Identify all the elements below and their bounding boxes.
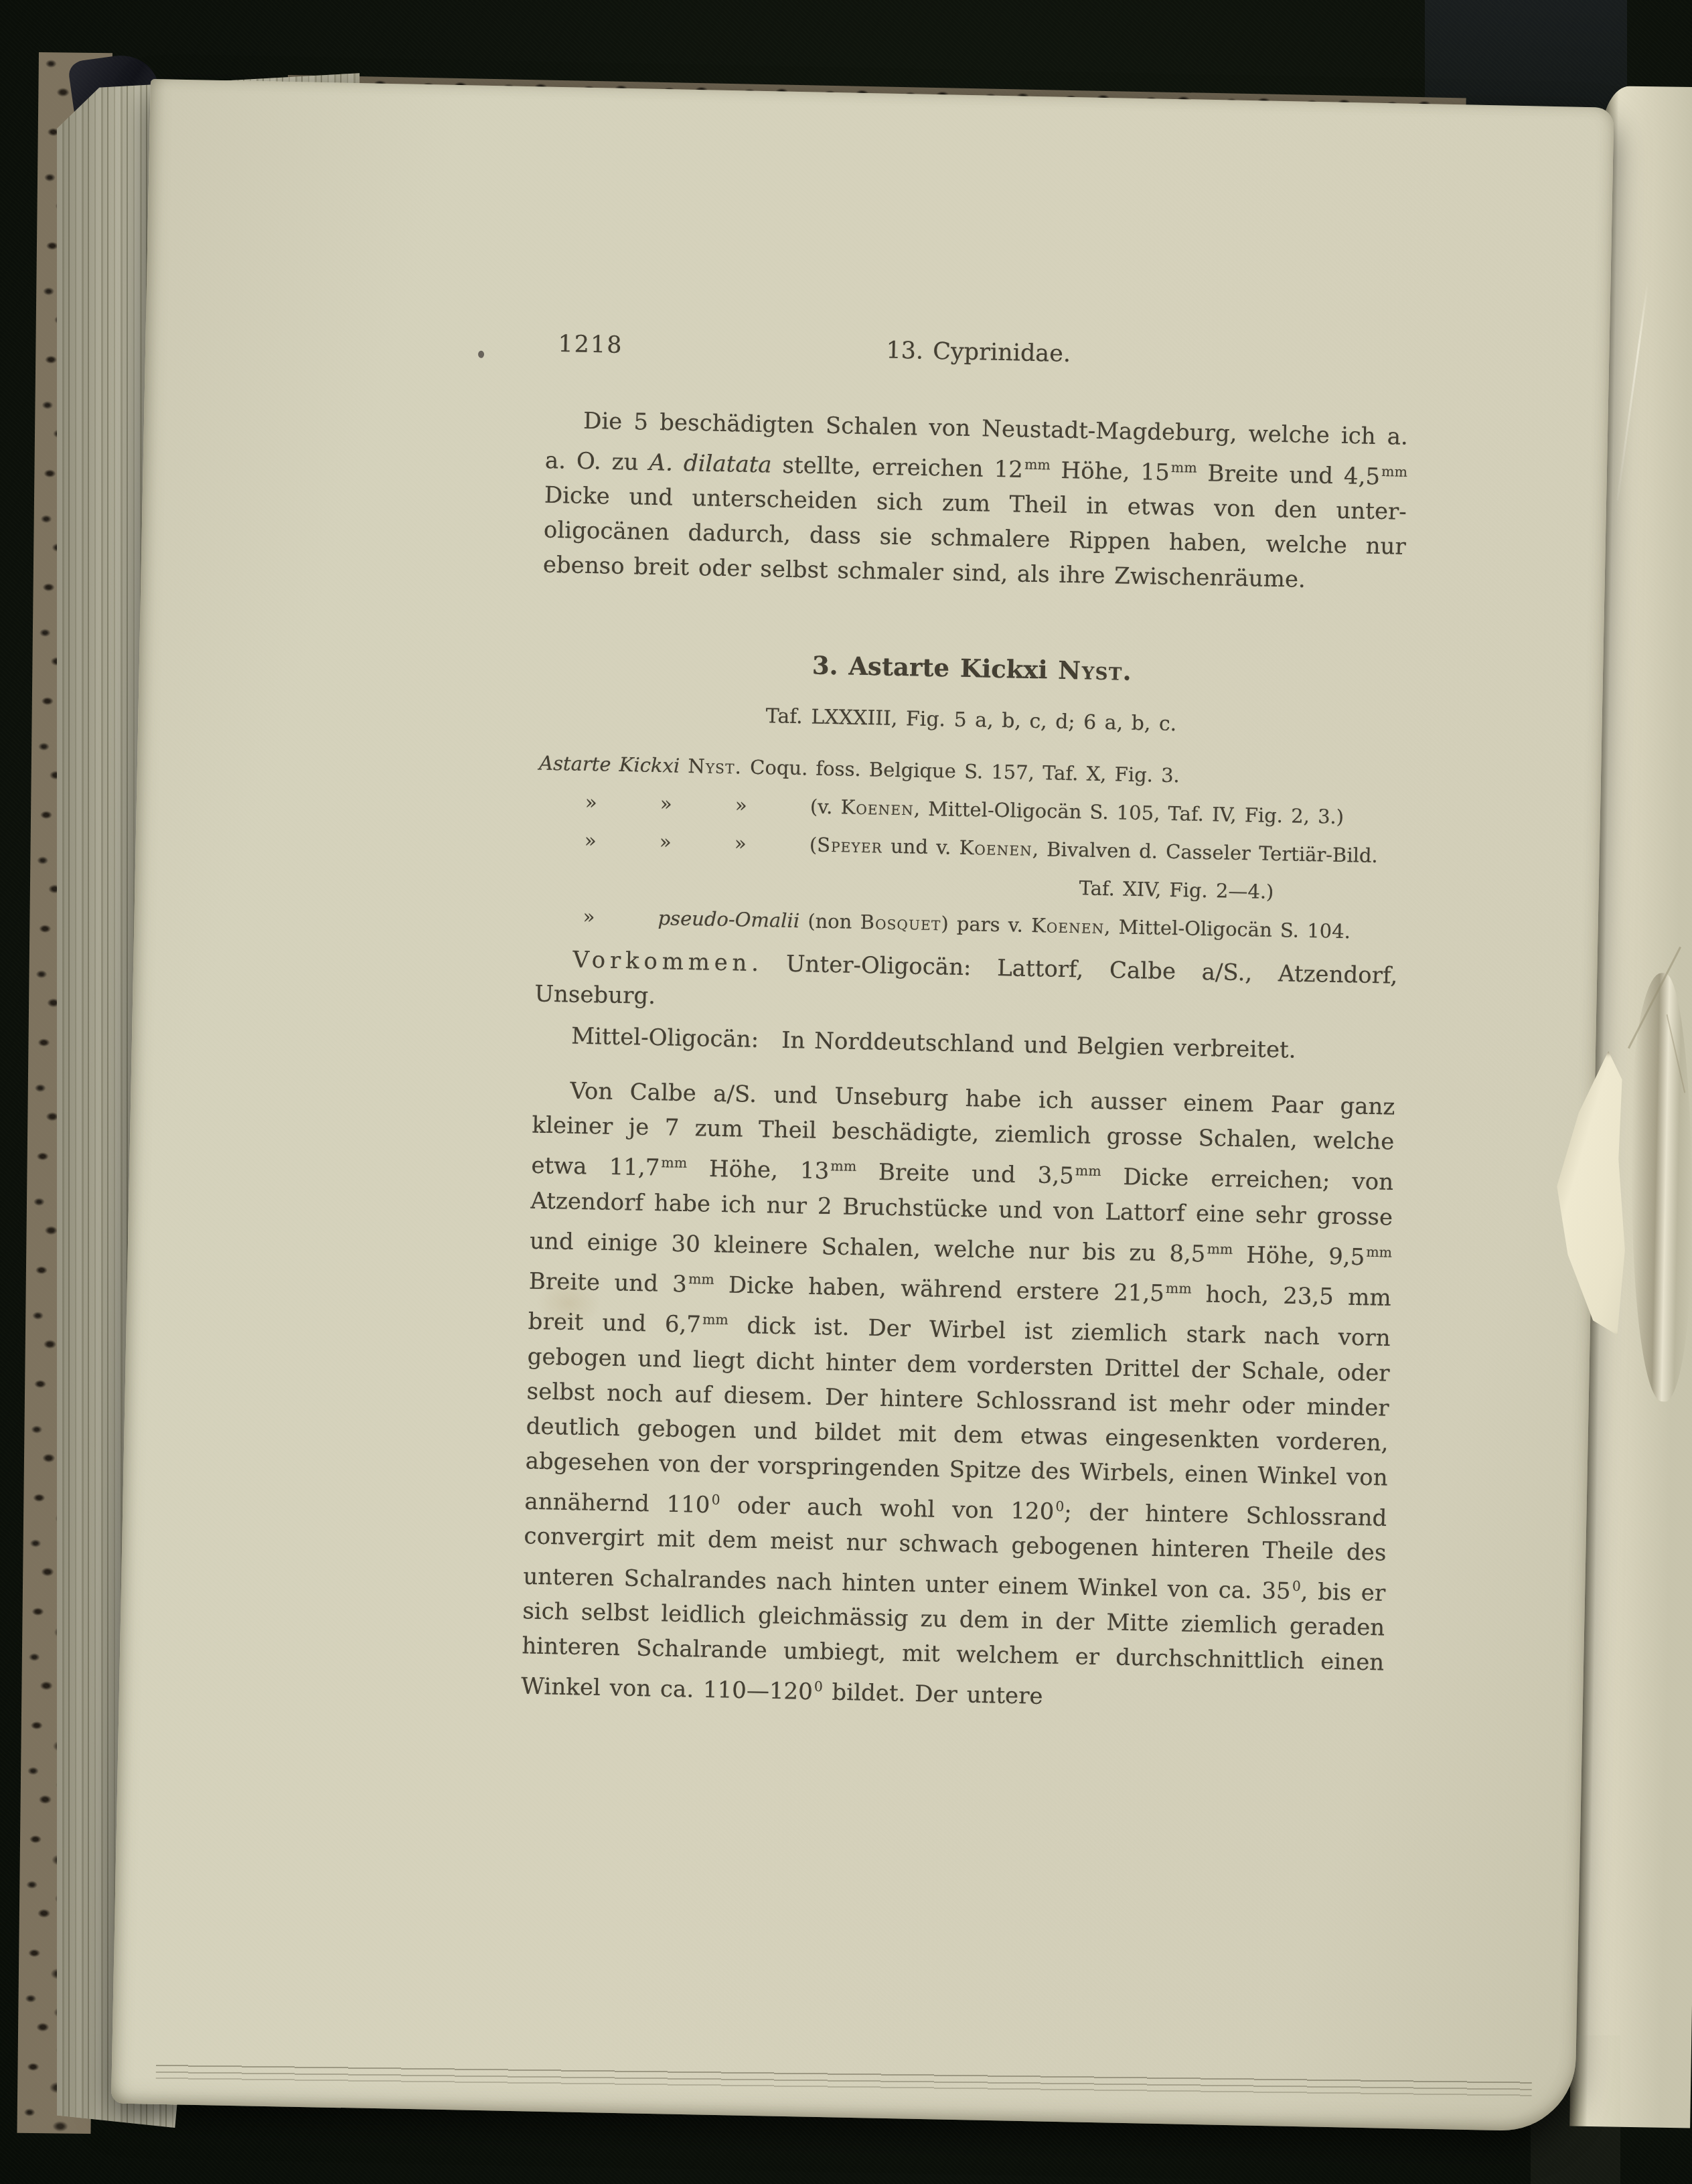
ink-speck bbox=[478, 351, 484, 358]
occurrence-paragraph-mittel-oligocaen: Mittel-Oligocän: In Norddeutschland und … bbox=[534, 1018, 1397, 1070]
page-tear bbox=[1528, 971, 1692, 1407]
species-heading: 3. Astarte Kickxi Nyst. bbox=[541, 641, 1404, 696]
page-header: 1218 13. Cyprinidae. bbox=[547, 327, 1410, 378]
page-content: 1218 13. Cyprinidae. Die 5 beschädigten … bbox=[521, 327, 1410, 1721]
description-paragraph: Von Calbe a/S. und Unseburg habe ich aus… bbox=[521, 1073, 1395, 1721]
running-header: 13. Cyprinidae. bbox=[886, 337, 1071, 368]
next-page-crease bbox=[1616, 281, 1648, 500]
occurrence-paragraph-unter-oligocaen: Vorkommen. Unter-Oligocän: Lattorf, Calb… bbox=[534, 942, 1398, 1028]
main-page: 1218 13. Cyprinidae. Die 5 beschädigten … bbox=[111, 79, 1614, 2132]
intro-paragraph: Die 5 beschädigten Schalen von Neustadt-… bbox=[542, 403, 1408, 599]
page-number: 1218 bbox=[558, 327, 623, 363]
page-tear-crease bbox=[1627, 972, 1692, 1402]
plate-reference: Taf. LXXXIII, Fig. 5 a, b, c, d; 6 a, b,… bbox=[540, 698, 1403, 744]
scan-background: 1218 13. Cyprinidae. Die 5 beschädigten … bbox=[0, 0, 1692, 2184]
synonymy-list: Astarte Kickxi Nyst. Coqu. foss. Belgiqu… bbox=[536, 745, 1401, 952]
